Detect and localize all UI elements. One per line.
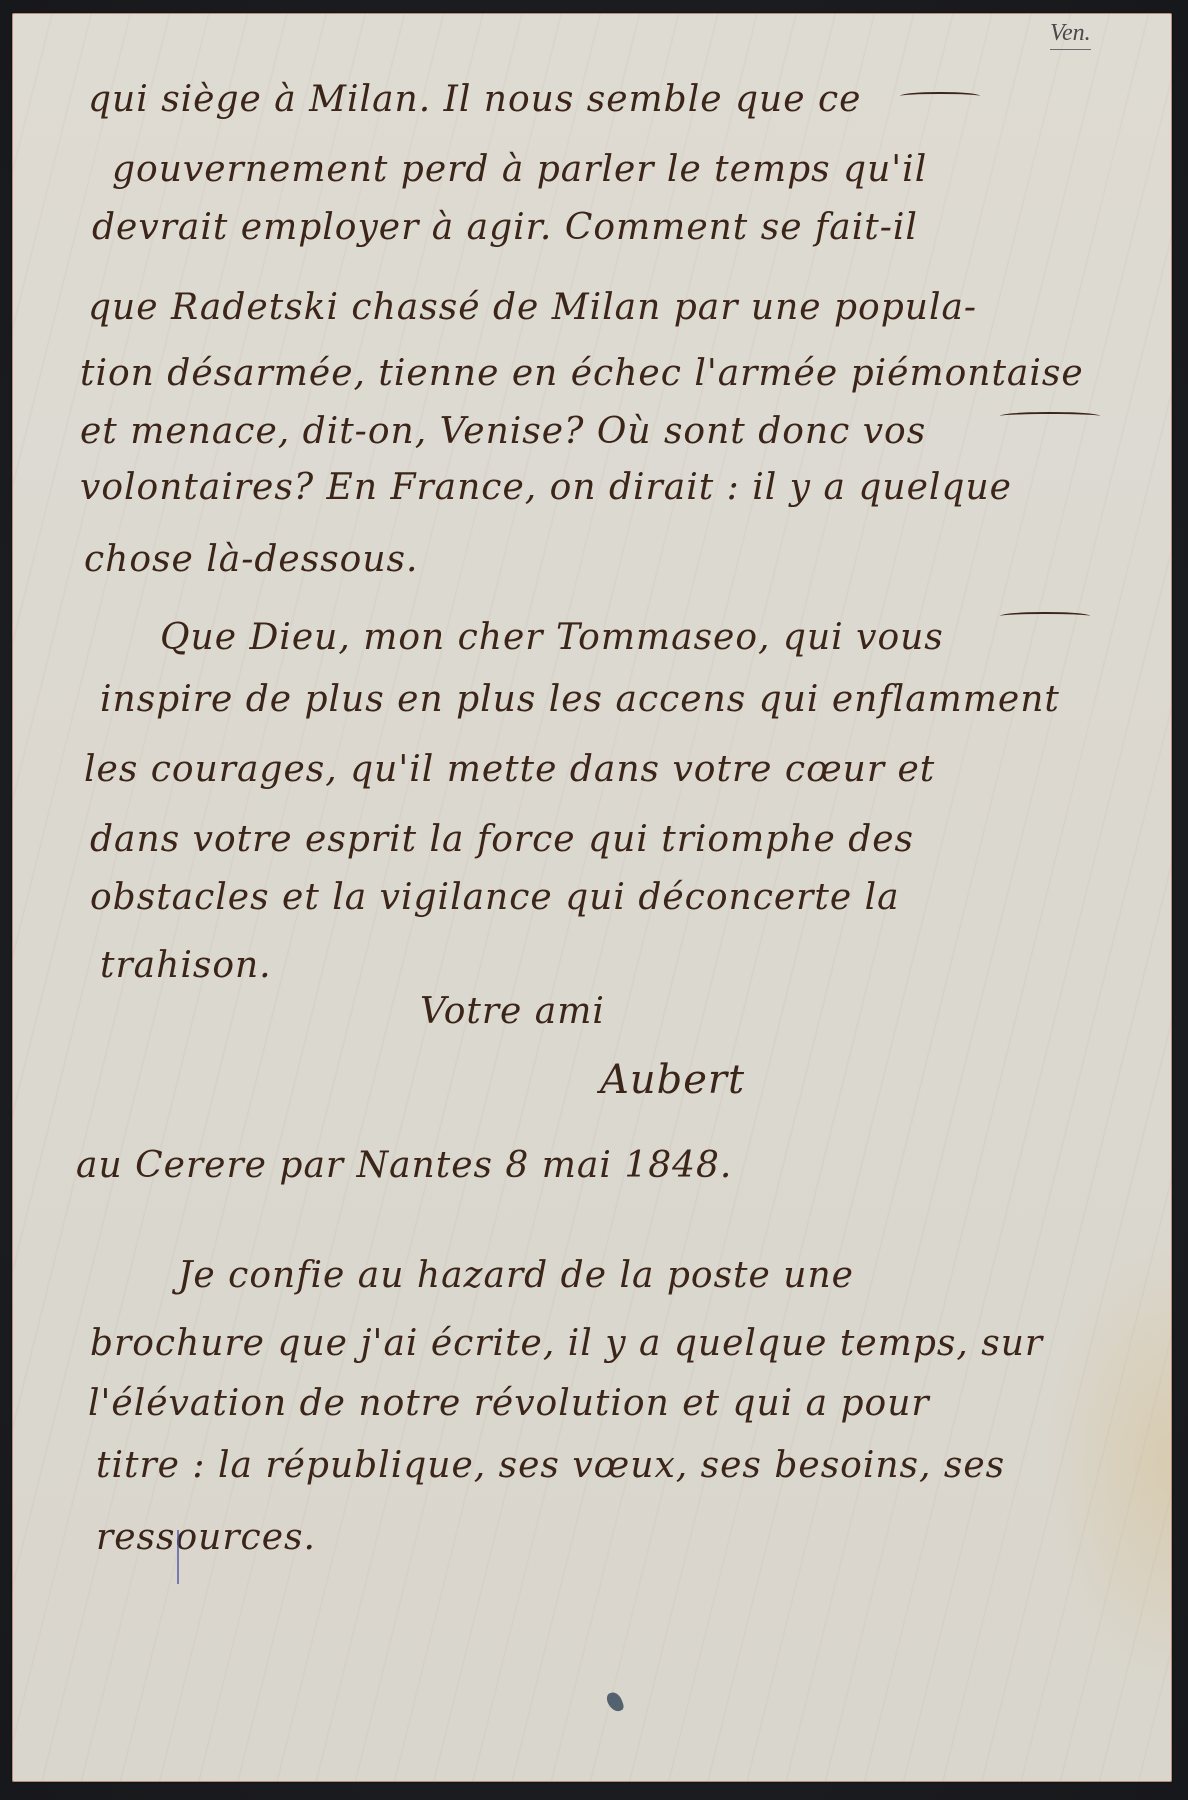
pen-flourish xyxy=(1000,612,1090,620)
letter-line: volontaires? En France, on dirait : il y… xyxy=(80,470,1012,506)
letter-line: inspire de plus en plus les accens qui e… xyxy=(100,682,1060,718)
letter-dateline: au Cerere par Nantes 8 mai 1848. xyxy=(76,1148,732,1184)
letter-line: qui siège à Milan. Il nous semble que ce xyxy=(88,82,861,118)
letter-line: chose là-dessous. xyxy=(84,542,418,578)
letter-line: Que Dieu, mon cher Tommaseo, qui vous xyxy=(160,620,944,656)
letter-line: dans votre esprit la force qui triomphe … xyxy=(90,822,914,858)
letter-signature: Aubert xyxy=(600,1060,745,1100)
letter-line: tion désarmée, tienne en échec l'armée p… xyxy=(80,356,1084,392)
postscript-line: ressources. xyxy=(96,1520,316,1556)
letter-line: obstacles et la vigilance qui déconcerte… xyxy=(90,880,900,916)
letter-line: les courages, qu'il mette dans votre cœu… xyxy=(84,752,935,788)
archive-mark: Ven. xyxy=(1050,20,1091,50)
postscript-line: l'élévation de notre révolution et qui a… xyxy=(88,1386,930,1422)
pen-flourish xyxy=(1000,412,1100,420)
blue-pen-mark xyxy=(177,1530,179,1584)
letter-line: que Radetski chassé de Milan par une pop… xyxy=(88,290,977,326)
pen-flourish xyxy=(900,92,980,100)
letter-line: gouvernement perd à parler le temps qu'i… xyxy=(112,152,927,188)
postscript-line: titre : la république, ses vœux, ses bes… xyxy=(96,1448,1005,1484)
letter-line: et menace, dit-on, Venise? Où sont donc … xyxy=(80,414,926,450)
postscript-line: brochure que j'ai écrite, il y a quelque… xyxy=(90,1326,1043,1362)
letter-line: devrait employer à agir. Comment se fait… xyxy=(92,210,918,246)
letter-line: trahison. xyxy=(100,948,272,984)
postscript-line: Je confie au hazard de la poste une xyxy=(178,1258,854,1294)
letter-closing: Votre ami xyxy=(420,994,605,1030)
